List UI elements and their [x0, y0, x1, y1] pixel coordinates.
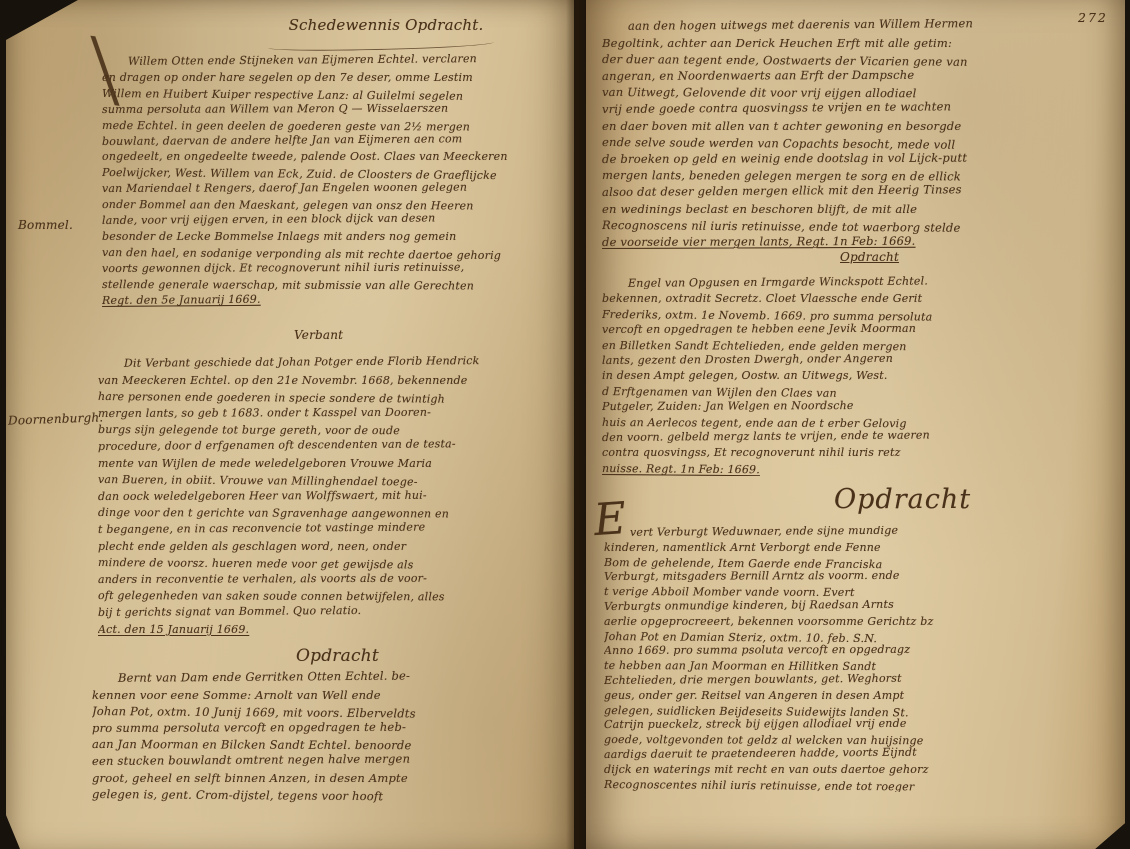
- manuscript-line: van Meeckeren Echtel. op den 21e Novembr…: [98, 373, 566, 390]
- left-page: Schedewennis Opdracht. ╲ Willem Otten en…: [6, 0, 574, 849]
- manuscript-line: aerlie opgeprocreeert, bekennen voorsomm…: [604, 615, 1056, 630]
- manuscript-line: t begangene, en in cas reconvencie tot v…: [98, 518, 566, 538]
- manuscript-line: de broeken op geld en weinig ende dootsl…: [602, 149, 1050, 167]
- manuscript-line: en daer boven mit allen van t achter gew…: [602, 118, 1050, 135]
- manuscript-line: bekennen, oxtradit Secretz. Cloet Vlaess…: [602, 291, 1050, 306]
- manuscript-line: bouwlant, daervan de andere helfte Jan v…: [102, 130, 566, 149]
- manuscript-line: voorts gewonnen dijck. Et recognoverunt …: [102, 259, 566, 277]
- margin-note-doornenburgh: Doornenburgh.: [8, 410, 104, 427]
- manuscript-line: procedure, door d erfgenamen oft descend…: [98, 435, 566, 455]
- manuscript-line: Regt. den 5e Januarij 1669.: [102, 289, 566, 308]
- manuscript-line: groot, geheel en selft binnen Anzen, in …: [92, 770, 564, 787]
- manuscript-line: vrij ende goede contra quosvingss te vri…: [602, 98, 1050, 118]
- left-paragraph-1: Willem Otten ende Stijneken van Eijmeren…: [102, 54, 566, 309]
- manuscript-line: ongedeelt, en ongedeelte tweede, palende…: [102, 149, 566, 165]
- manuscript-line: Putgeler, Zuiden: Jan Welgen en Noordsch…: [602, 398, 1050, 415]
- manuscript-line: Echtelieden, drie mergen bouwlants, get.…: [604, 670, 1056, 688]
- left-paragraph-3: Bernt van Dam ende Gerritken Otten Echte…: [92, 670, 564, 803]
- manuscript-line: vercoft en opgedragen te hebben eene Jev…: [602, 320, 1050, 337]
- right-paragraph-1: aan den hogen uitwegs met daerenis van W…: [602, 18, 1050, 250]
- title-flourish-line: [268, 38, 494, 52]
- manuscript-line: Dit Verbant geschiede dat Johan Potger e…: [98, 356, 566, 373]
- manuscript-line: Bernt van Dam ende Gerritken Otten Echte…: [92, 670, 564, 687]
- manuscript-line: kinderen, namentlick Arnt Verborgt ende …: [604, 541, 1056, 556]
- left-page-title: Schedewennis Opdracht.: [256, 16, 516, 34]
- manuscript-line: Recognoscentes nihil iuris retinuisse, e…: [604, 778, 1056, 793]
- manuscript-line: mente van Wijlen de mede weledelgeboren …: [98, 456, 566, 473]
- manuscript-line: anders in reconventie te verhalen, als v…: [98, 570, 566, 588]
- right-paragraph-2: Engel van Opgusen en Irmgarde Winckspott…: [602, 276, 1050, 476]
- section-heading-opdracht-right-large: Opdracht: [834, 484, 971, 515]
- manuscript-line: plecht ende gelden als geschlagen word, …: [98, 539, 566, 556]
- manuscript-line: en wedinings beclast en beschoren blijft…: [602, 201, 1050, 218]
- manuscript-line: dijck en waterings mit recht en van outs…: [604, 763, 1056, 778]
- manuscript-line: lants, gezent den Drosten Dwergh, onder …: [602, 350, 1050, 369]
- manuscript-line: vert Verburgt Weduwnaer, ende sijne mund…: [604, 526, 1056, 541]
- manuscript-line: geus, onder ger. Reitsel van Angeren in …: [604, 689, 1056, 704]
- manuscript-line: Verburgts onmundige kinderen, bij Raedsa…: [604, 597, 1056, 615]
- manuscript-line: aardigs daeruit te praetendeeren hadde, …: [604, 744, 1056, 762]
- section-heading-opdracht-left: Opdracht: [296, 646, 379, 666]
- section-heading-verbant: Verbant: [294, 328, 343, 342]
- right-paragraph-3: vert Verburgt Weduwnaer, ende sijne mund…: [604, 526, 1056, 792]
- manuscript-line: en dragen op onder hare segelen op den 7…: [102, 70, 566, 86]
- manuscript-line: nuisse. Regt. 1n Feb: 1669.: [602, 461, 1050, 476]
- manuscript-line: Begoltink, achter aan Derick Heuchen Erf…: [602, 35, 1050, 52]
- manuscript-line: gelegen is, gent. Crom-dijstel, tegens v…: [92, 786, 564, 803]
- manuscript-line: dan oock weledelgeboren Heer van Wolffsw…: [98, 487, 566, 505]
- manuscript-line: Act. den 15 Januarij 1669.: [98, 622, 566, 639]
- manuscript-line: pro summa persoluta vercoft en opgedrage…: [92, 718, 564, 736]
- manuscript-line: lande, voor vrij eijgen erven, in een bl…: [102, 209, 566, 228]
- manuscript-line: mergen lants, so geb t 1683. onder t Kas…: [98, 404, 566, 422]
- manuscript-line: alsoo dat deser gelden mergen ellick mit…: [602, 180, 1050, 200]
- page-number: 272: [1078, 10, 1108, 25]
- manuscript-line: kennen voor eene Somme: Arnolt van Well …: [92, 687, 564, 704]
- manuscript-line: Willem Otten ende Stijneken van Eijmeren…: [102, 54, 566, 70]
- manuscript-line: besonder de Lecke Bommelse Inlaegs mit a…: [102, 229, 566, 245]
- margin-note-bommel: Bommel.: [18, 218, 73, 232]
- manuscript-line: een stucken bouwlandt omtrent negen halv…: [92, 749, 564, 769]
- manuscript-line: in desen Ampt gelegen, Oostw. an Uitwegs…: [602, 368, 1050, 383]
- manuscript-line: aan den hogen uitwegs met daerenis van W…: [602, 18, 1050, 35]
- manuscript-line: den voorn. gelbeld mergz lants te vrijen…: [602, 427, 1050, 446]
- right-page: 272 aan den hogen uitwegs met daerenis v…: [586, 0, 1125, 849]
- manuscript-line: Anno 1669. pro summa psoluta vercoft en …: [604, 643, 1056, 660]
- manuscript-scan: Schedewennis Opdracht. ╲ Willem Otten en…: [0, 0, 1130, 849]
- manuscript-line: Catrijn pueckelz, streck bij eijgen allo…: [604, 717, 1056, 734]
- manuscript-line: angeran, en Noordenwaerts aan Erft der D…: [602, 66, 1050, 84]
- manuscript-line: van Mariendael t Rengers, daerof Jan Eng…: [102, 179, 566, 197]
- left-paragraph-2: Dit Verbant geschiede dat Johan Potger e…: [98, 356, 566, 638]
- manuscript-line: bij t gerichts signat van Bommel. Quo re…: [98, 601, 566, 621]
- manuscript-line: Verburgt, mitsgaders Bernill Arntz als v…: [604, 569, 1056, 586]
- manuscript-line: Engel van Opgusen en Irmgarde Winckspott…: [602, 276, 1050, 291]
- section-heading-opdracht-right-small: Opdracht: [840, 250, 899, 264]
- manuscript-line: summa persoluta aan Willem van Meron Q —…: [102, 100, 566, 118]
- manuscript-line: contra quosvingss, Et recognoverunt nihi…: [602, 445, 1050, 460]
- manuscript-line: de voorseide vier mergen lants, Regt. 1n…: [602, 232, 1050, 250]
